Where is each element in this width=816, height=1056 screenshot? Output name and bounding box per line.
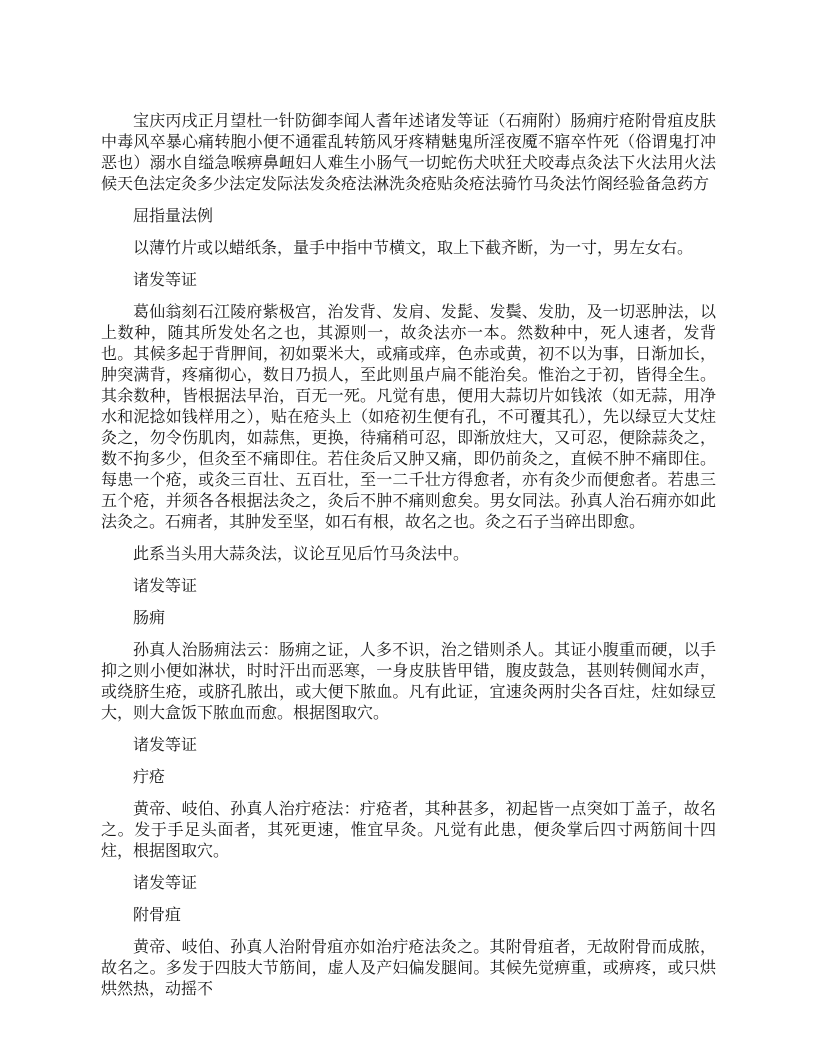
- subsection-heading-fuguju: 附骨疽: [101, 905, 716, 926]
- finger-measure-paragraph: 以薄竹片或以蜡纸条，量手中指中节横文，取上下截齐断，为一寸，男左女右。: [101, 238, 716, 259]
- subsection-heading-changyong: 肠痈: [101, 608, 716, 629]
- fuguju-treatment-paragraph: 黄帝、岐伯、孙真人治附骨疽亦如治疔疮法灸之。其附骨疽者，无故附骨而成脓，故名之。…: [101, 937, 716, 1000]
- document-page: 宝庆丙戌正月望杜一针防御李闻人耆年述诸发等证（石痈附）肠痈疔疮附骨疽皮肤中毒风卒…: [0, 0, 816, 1056]
- section-heading-zhufa-4: 诸发等证: [101, 873, 716, 894]
- gexianweng-treatment-paragraph: 葛仙翁刻石江陵府紫极宫，治发背、发肩、发髭、发鬓、发肋，及一切恶肿法，以上数种，…: [101, 302, 716, 533]
- toc-paragraph: 宝庆丙戌正月望杜一针防御李闻人耆年述诸发等证（石痈附）肠痈疔疮附骨疽皮肤中毒风卒…: [101, 111, 716, 195]
- dingchuang-treatment-paragraph: 黄帝、岐伯、孙真人治疔疮法：疔疮者，其种甚多，初起皆一点突如丁盖子，故名之。发于…: [101, 799, 716, 862]
- changyong-treatment-paragraph: 孙真人治肠痈法云：肠痈之证，人多不识，治之错则杀人。其证小腹重而硬，以手抑之则小…: [101, 640, 716, 724]
- section-heading-zhufa-2: 诸发等证: [101, 576, 716, 597]
- section-heading-zhufa-1: 诸发等证: [101, 270, 716, 291]
- heading-finger-measure-rule: 屈指量法例: [101, 206, 716, 227]
- section-heading-zhufa-3: 诸发等证: [101, 735, 716, 756]
- subsection-heading-dingchuang: 疔疮: [101, 767, 716, 788]
- garlic-moxibustion-note-paragraph: 此系当头用大蒜灸法，议论互见后竹马灸法中。: [101, 544, 716, 565]
